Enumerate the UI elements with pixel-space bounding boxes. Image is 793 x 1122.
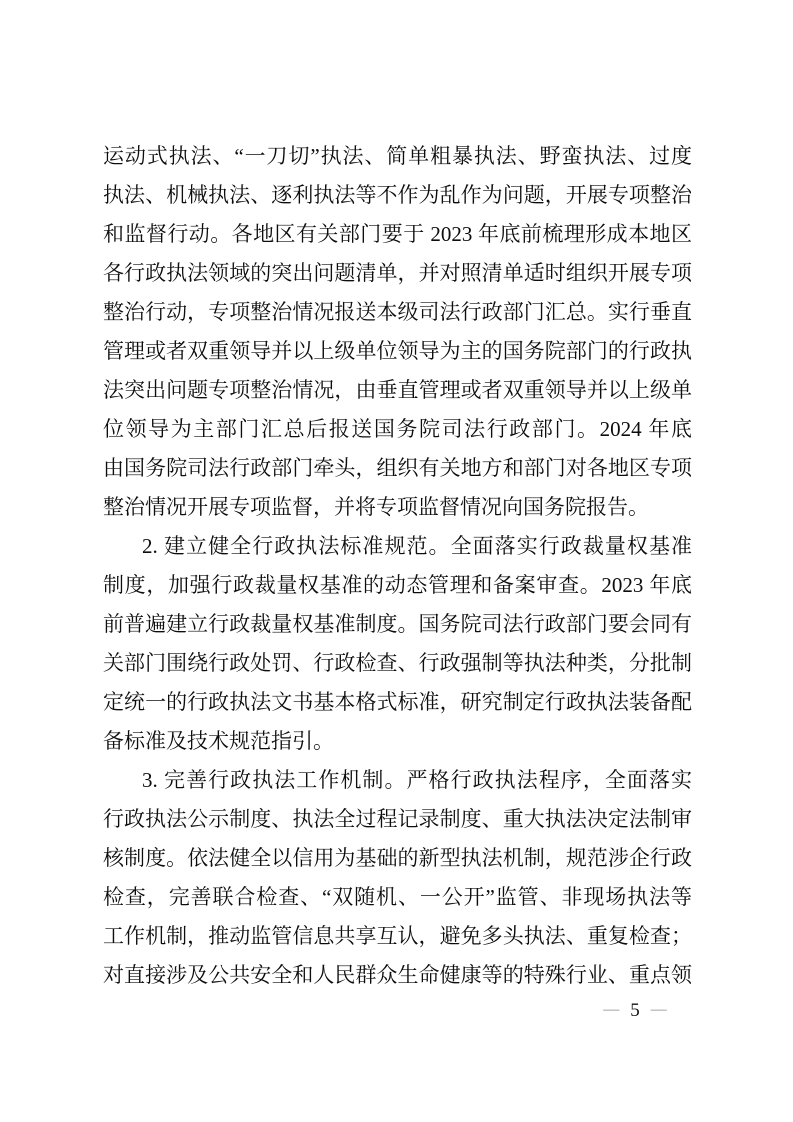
text-line: 前普遍建立行政裁量权基准制度。国务院司法行政部门要会同有 [103, 605, 692, 644]
text-line: 备标准及技术规范指引。 [103, 722, 692, 761]
text-line: 运动式执法、“一刀切”执法、简单粗暴执法、野蛮执法、过度 [103, 137, 692, 176]
paragraph-2: 2. 建立健全行政执法标准规范。全面落实行政裁量权基准 制度，加强行政裁量权基准… [103, 527, 692, 761]
text-line: 3. 完善行政执法工作机制。严格行政执法程序，全面落实 [103, 761, 692, 800]
text-line: 关部门围绕行政处罚、行政检查、行政强制等执法种类，分批制 [103, 644, 692, 683]
text-line: 核制度。依法健全以信用为基础的新型执法机制，规范涉企行政 [103, 839, 692, 878]
text-line: 对直接涉及公共安全和人民群众生命健康等的特殊行业、重点领 [103, 956, 692, 995]
text-line: 2. 建立健全行政执法标准规范。全面落实行政裁量权基准 [103, 527, 692, 566]
page-number: — 5 — [592, 997, 678, 1023]
text-line: 由国务院司法行政部门牵头，组织有关地方和部门对各地区专项 [103, 449, 692, 488]
text-line: 各行政执法领域的突出问题清单，并对照清单适时组织开展专项 [103, 254, 692, 293]
text-line: 行政执法公示制度、执法全过程记录制度、重大执法决定法制审 [103, 800, 692, 839]
document-body: 运动式执法、“一刀切”执法、简单粗暴执法、野蛮执法、过度 执法、机械执法、逐利执… [103, 137, 692, 995]
page-number-left-dash: — [603, 1002, 619, 1018]
text-line: 制度，加强行政裁量权基准的动态管理和备案审查。2023 年底 [103, 566, 692, 605]
text-line: 整治行动，专项整治情况报送本级司法行政部门汇总。实行垂直 [103, 293, 692, 332]
text-line: 执法、机械执法、逐利执法等不作为乱作为问题，开展专项整治 [103, 176, 692, 215]
text-line: 和监督行动。各地区有关部门要于 2023 年底前梳理形成本地区 [103, 215, 692, 254]
text-line: 法突出问题专项整治情况，由垂直管理或者双重领导并以上级单 [103, 371, 692, 410]
paragraph-1: 运动式执法、“一刀切”执法、简单粗暴执法、野蛮执法、过度 执法、机械执法、逐利执… [103, 137, 692, 527]
text-line: 整治情况开展专项监督，并将专项监督情况向国务院报告。 [103, 488, 692, 527]
text-line: 检查，完善联合检查、“双随机、一公开”监管、非现场执法等 [103, 878, 692, 917]
text-line: 位领导为主部门汇总后报送国务院司法行政部门。2024 年底前， [103, 410, 692, 449]
text-line: 定统一的行政执法文书基本格式标准，研究制定行政执法装备配 [103, 683, 692, 722]
document-page: 运动式执法、“一刀切”执法、简单粗暴执法、野蛮执法、过度 执法、机械执法、逐利执… [0, 0, 793, 1122]
text-line: 管理或者双重领导并以上级单位领导为主的国务院部门的行政执 [103, 332, 692, 371]
text-line: 工作机制，推动监管信息共享互认，避免多头执法、重复检查； [103, 917, 692, 956]
page-number-right-dash: — [651, 1002, 667, 1018]
paragraph-3: 3. 完善行政执法工作机制。严格行政执法程序，全面落实 行政执法公示制度、执法全… [103, 761, 692, 995]
page-number-value: 5 [630, 1001, 640, 1020]
